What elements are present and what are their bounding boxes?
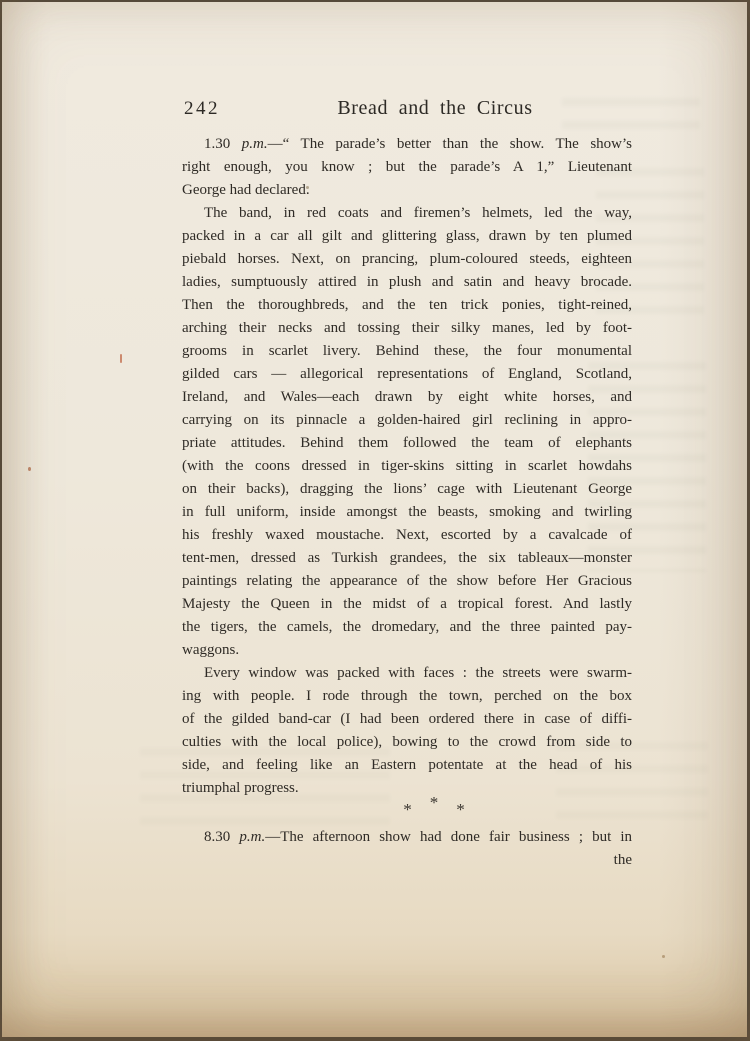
running-header: 242 Bread and the Circus xyxy=(182,97,632,125)
text-line: of the gilded band-car (I had been order… xyxy=(182,708,632,731)
text-line: grooms in scarlet livery. Behind these, … xyxy=(182,340,632,363)
asterisk-glyph: * xyxy=(403,800,412,820)
text-line: his freshly waxed moustache. Next, escor… xyxy=(182,524,632,547)
catchword: the xyxy=(182,849,632,872)
text-line: right enough, you know ; but the parade’… xyxy=(182,156,632,179)
text-line: the tigers, the camels, the dromedary, a… xyxy=(182,616,632,639)
text-block: 1.30 p.m.—“ The parade’s better than the… xyxy=(182,133,632,872)
text-line: George had declared. xyxy=(182,179,632,202)
text-line: (with the coons dressed in tiger-skins s… xyxy=(182,455,632,478)
text-line: priate attitudes. Behind them followed t… xyxy=(182,432,632,455)
text-line: 1.30 p.m.—“ The parade’s better than the… xyxy=(182,133,632,156)
text-line: in full uniform, inside amongst the beas… xyxy=(182,501,632,524)
text-line: ing with people. I rode through the town… xyxy=(182,685,632,708)
text-line: 8.30 p.m.—The afternoon show had done fa… xyxy=(182,826,632,849)
text-line: Every window was packed with faces : the… xyxy=(182,662,632,685)
book-page-scan: 242 Bread and the Circus 1.30 p.m.—“ The… xyxy=(0,0,750,1041)
text-line: side, and feeling like an Eastern potent… xyxy=(182,754,632,777)
text-line: waggons. xyxy=(182,639,632,662)
page-title: Bread and the Circus xyxy=(210,97,660,120)
text-line: The band, in red coats and firemen’s hel… xyxy=(182,202,632,225)
asterisk-glyph: * xyxy=(430,793,439,813)
text-line: carrying on its pinnacle a golden-haired… xyxy=(182,409,632,432)
text-line: gilded cars — allegorical representation… xyxy=(182,363,632,386)
text-line: arching their necks and tossing their si… xyxy=(182,317,632,340)
text-line: ladies, sumptuously attired in plush and… xyxy=(182,271,632,294)
text-line: Majesty the Queen in the midst of a trop… xyxy=(182,593,632,616)
text-line: Then the thoroughbreds, and the ten tric… xyxy=(182,294,632,317)
text-line: packed in a car all gilt and glittering … xyxy=(182,225,632,248)
text-line: culties with the local police), bowing t… xyxy=(182,731,632,754)
asterisk-glyph: * xyxy=(456,800,465,820)
text-line: piebald horses. Next, on prancing, plum-… xyxy=(182,248,632,271)
text-line: Ireland, and Wales—each drawn by eight w… xyxy=(182,386,632,409)
text-line: on their backs), dragging the lions’ cag… xyxy=(182,478,632,501)
text-line: triumphal progress. xyxy=(182,777,632,800)
text-line: tent-men, dressed as Turkish grandees, t… xyxy=(182,547,632,570)
text-line: paintings relating the appearance of the… xyxy=(182,570,632,593)
asterism-ornament: *** xyxy=(209,800,659,826)
